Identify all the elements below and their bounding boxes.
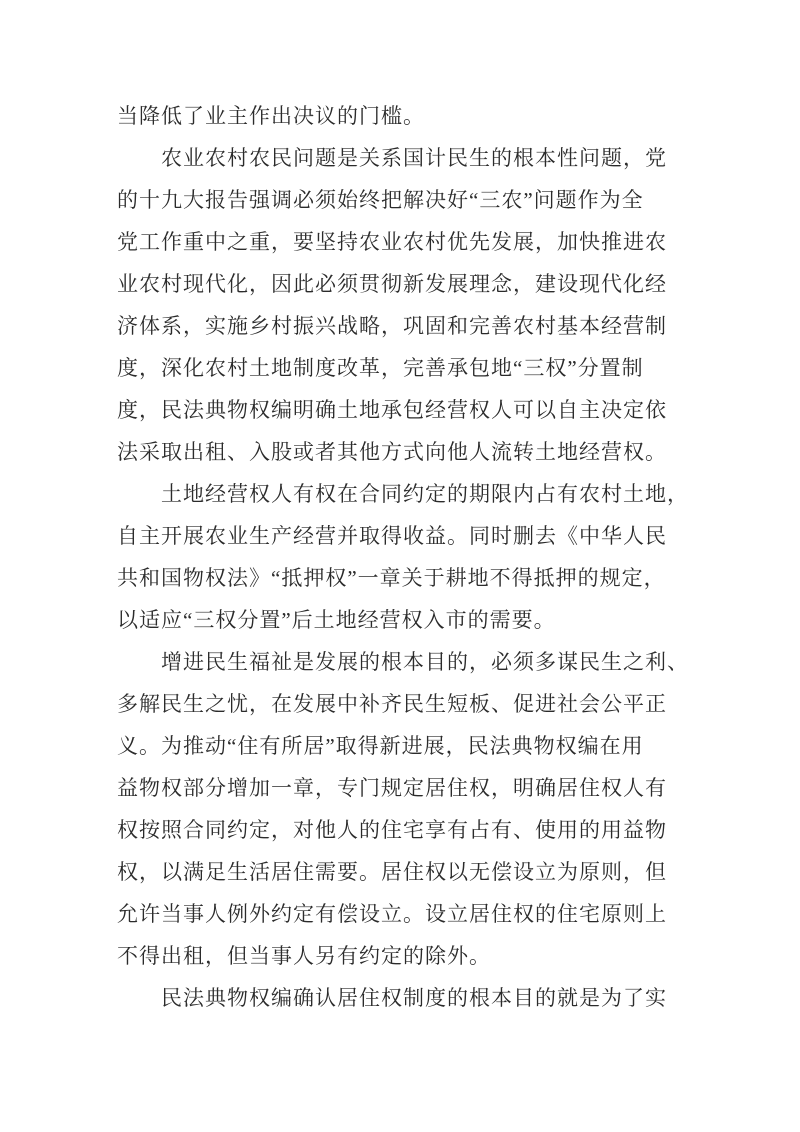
text-line: 不得出租，但当事人另有约定的除外。 [117, 935, 669, 977]
text-line: 当降低了业主作出决议的门槛。 [117, 95, 669, 137]
text-line: 义。为推动“住有所居”取得新进展，民法典物权编在用 [117, 725, 669, 767]
text-line: 民法典物权编确认居住权制度的根本目的就是为了实 [117, 977, 669, 1019]
paragraph-2: 农业农村农民问题是关系国计民生的根本性问题，党 的十九大报告强调必须始终把解决好… [117, 137, 669, 473]
text-line: 济体系，实施乡村振兴战略，巩固和完善农村基本经营制 [117, 305, 669, 347]
paragraph-4: 增进民生福祉是发展的根本目的，必须多谋民生之利、 多解民生之忧，在发展中补齐民生… [117, 641, 669, 977]
text-line: 农业农村农民问题是关系国计民生的根本性问题，党 [117, 137, 669, 179]
text-line: 度，民法典物权编明确土地承包经营权人可以自主决定依 [117, 389, 669, 431]
text-line: 以适应“三权分置”后土地经营权入市的需要。 [117, 599, 669, 641]
text-line: 土地经营权人有权在合同约定的期限内占有农村土地， [117, 473, 669, 515]
text-line: 党工作重中之重，要坚持农业农村优先发展，加快推进农 [117, 221, 669, 263]
text-line: 多解民生之忧，在发展中补齐民生短板、促进社会公平正 [117, 683, 669, 725]
text-line: 自主开展农业生产经营并取得收益。同时删去《中华人民 [117, 515, 669, 557]
text-line: 法采取出租、入股或者其他方式向他人流转土地经营权。 [117, 431, 669, 473]
text-line: 增进民生福祉是发展的根本目的，必须多谋民生之利、 [117, 641, 669, 683]
text-line: 的十九大报告强调必须始终把解决好“三农”问题作为全 [117, 179, 669, 221]
paragraph-5: 民法典物权编确认居住权制度的根本目的就是为了实 [117, 977, 669, 1019]
text-line: 度，深化农村土地制度改革，完善承包地“三权”分置制 [117, 347, 669, 389]
text-line: 业农村现代化，因此必须贯彻新发展理念，建设现代化经 [117, 263, 669, 305]
document-page: 当降低了业主作出决议的门槛。 农业农村农民问题是关系国计民生的根本性问题，党 的… [0, 0, 800, 1132]
text-line: 权，以满足生活居住需要。居住权以无偿设立为原则，但 [117, 851, 669, 893]
text-line: 权按照合同约定，对他人的住宅享有占有、使用的用益物 [117, 809, 669, 851]
paragraph-3: 土地经营权人有权在合同约定的期限内占有农村土地， 自主开展农业生产经营并取得收益… [117, 473, 669, 641]
text-line: 益物权部分增加一章，专门规定居住权，明确居住权人有 [117, 767, 669, 809]
text-line: 允许当事人例外约定有偿设立。设立居住权的住宅原则上 [117, 893, 669, 935]
paragraph-1: 当降低了业主作出决议的门槛。 [117, 95, 669, 137]
document-body: 当降低了业主作出决议的门槛。 农业农村农民问题是关系国计民生的根本性问题，党 的… [117, 95, 669, 1019]
text-line: 共和国物权法》“抵押权”一章关于耕地不得抵押的规定， [117, 557, 669, 599]
